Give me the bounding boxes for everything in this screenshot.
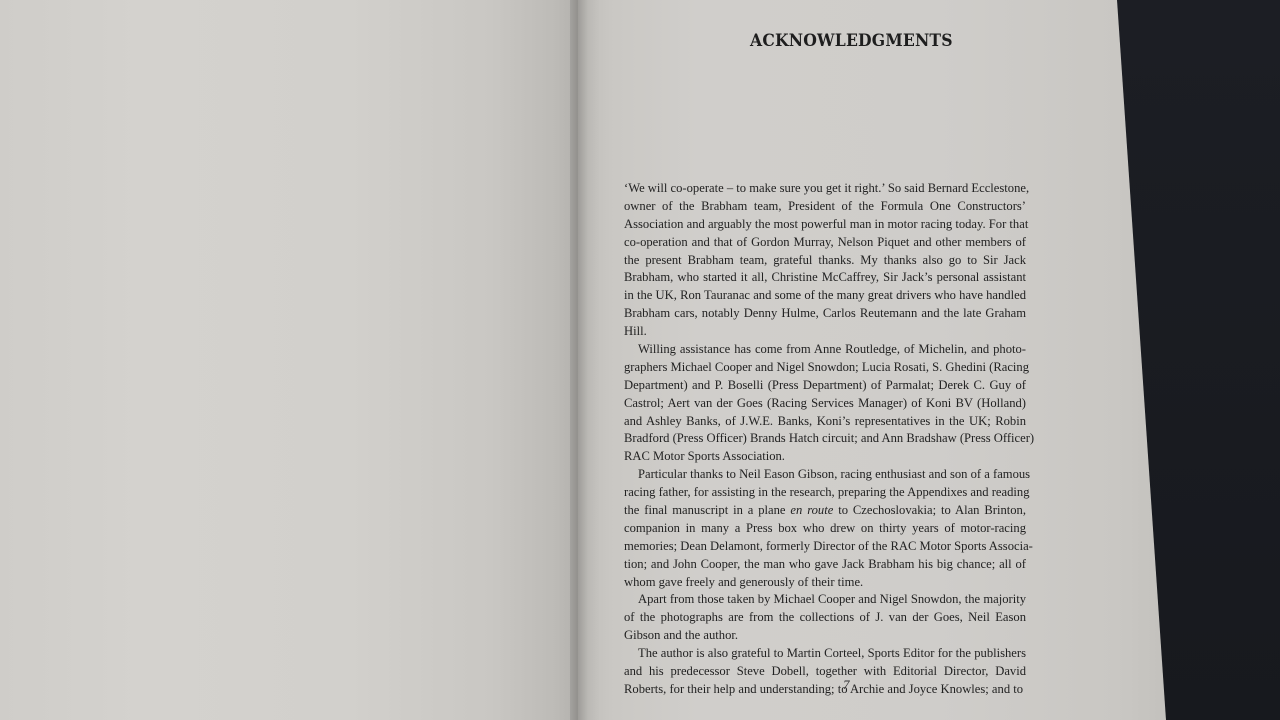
text-line: of the photographs are from the collecti… bbox=[624, 609, 1026, 627]
text-line: racing father, for assisting in the rese… bbox=[624, 484, 1026, 502]
text-line: Bradford (Press Officer) Brands Hatch ci… bbox=[624, 430, 1026, 448]
text-line: Hill. bbox=[624, 323, 1026, 341]
text-line: owner of the Brabham team, President of … bbox=[624, 198, 1026, 216]
text-line: co-operation and that of Gordon Murray, … bbox=[624, 234, 1026, 252]
text-line: memories; Dean Delamont, formerly Direct… bbox=[624, 538, 1026, 556]
paragraph: ‘We will co-operate – to make sure you g… bbox=[624, 180, 1026, 341]
text-line: The author is also grateful to Martin Co… bbox=[624, 645, 1026, 663]
paragraph: The author is also grateful to Martin Co… bbox=[624, 645, 1026, 699]
text-line: Brabham cars, notably Denny Hulme, Carlo… bbox=[624, 305, 1026, 323]
text-line: RAC Motor Sports Association. bbox=[624, 448, 1026, 466]
text-line: whom gave freely and generously of their… bbox=[624, 574, 1026, 592]
photo-scene: ACKNOWLEDGMENTS ‘We will co-operate – to… bbox=[0, 0, 1280, 720]
page-title: ACKNOWLEDGMENTS bbox=[750, 31, 897, 51]
text-line: in the UK, Ron Tauranac and some of the … bbox=[624, 287, 1026, 305]
open-book: ACKNOWLEDGMENTS ‘We will co-operate – to… bbox=[0, 0, 1166, 720]
page-number: 7 bbox=[843, 677, 850, 693]
paragraph: Willing assistance has come from Anne Ro… bbox=[624, 341, 1026, 466]
text-line: Roberts, for their help and understandin… bbox=[624, 681, 1026, 699]
text-line: graphers Michael Cooper and Nigel Snowdo… bbox=[624, 359, 1026, 377]
text-line: the final manuscript in a plane en route… bbox=[624, 502, 1026, 520]
text-line: ‘We will co-operate – to make sure you g… bbox=[624, 180, 1026, 198]
text-line: the present Brabham team, grateful thank… bbox=[624, 252, 1026, 270]
text-line: Castrol; Aert van der Goes (Racing Servi… bbox=[624, 395, 1026, 413]
text-line: tion; and John Cooper, the man who gave … bbox=[624, 556, 1026, 574]
text-line: Apart from those taken by Michael Cooper… bbox=[624, 591, 1026, 609]
text-line: Department) and P. Boselli (Press Depart… bbox=[624, 377, 1026, 395]
paragraph: Particular thanks to Neil Eason Gibson, … bbox=[624, 466, 1026, 591]
text-line: Willing assistance has come from Anne Ro… bbox=[624, 341, 1026, 359]
book-gutter-shadow bbox=[570, 0, 600, 720]
text-line: and Ashley Banks, of J.W.E. Banks, Koni’… bbox=[624, 413, 1026, 431]
paragraph: Apart from those taken by Michael Cooper… bbox=[624, 591, 1026, 645]
text-line: Particular thanks to Neil Eason Gibson, … bbox=[624, 466, 1026, 484]
text-line: Gibson and the author. bbox=[624, 627, 1026, 645]
text-line: and his predecessor Steve Dobell, togeth… bbox=[624, 663, 1026, 681]
italic-phrase: en route bbox=[790, 503, 833, 517]
acknowledgments-body: ‘We will co-operate – to make sure you g… bbox=[624, 180, 1026, 699]
text-line: Association and arguably the most powerf… bbox=[624, 216, 1026, 234]
text-line: companion in many a Press box who drew o… bbox=[624, 520, 1026, 538]
text-line: Brabham, who started it all, Christine M… bbox=[624, 269, 1026, 287]
left-page-blank bbox=[0, 0, 578, 720]
